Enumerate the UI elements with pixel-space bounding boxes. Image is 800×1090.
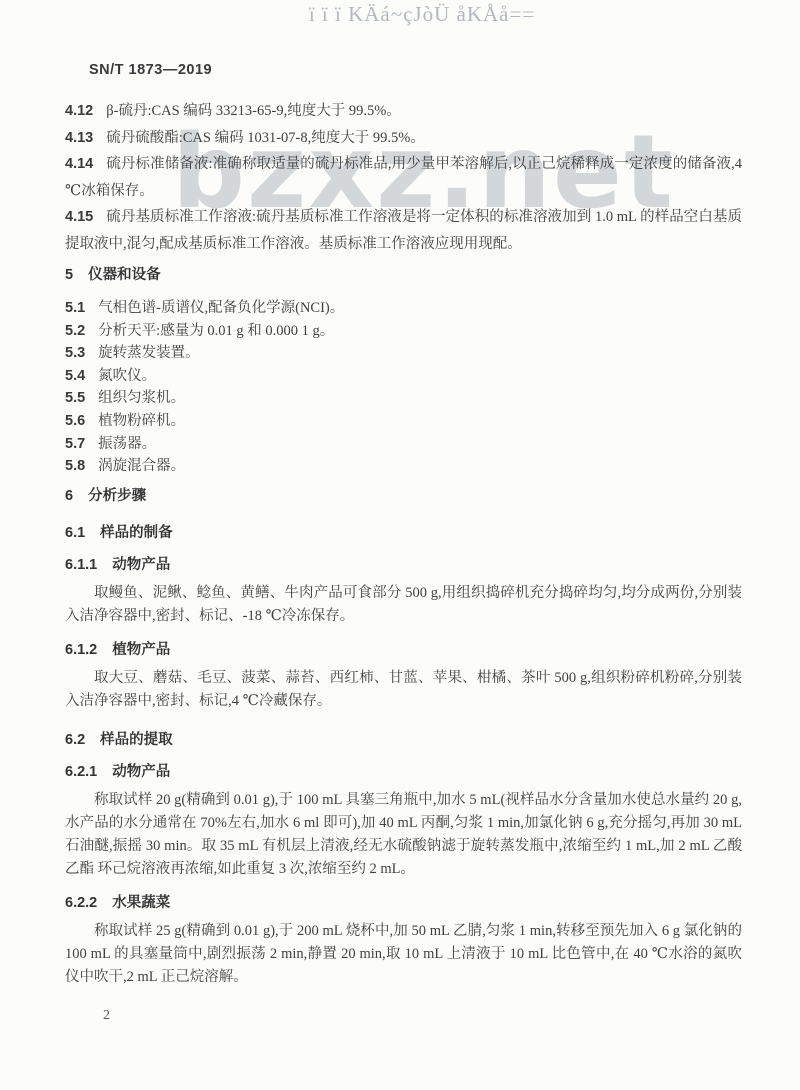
scanned-document-page: ï ï ï KÄá~çJòÜ åKÅå== bzxz.net SN/T 1873… bbox=[0, 0, 800, 1090]
heading-number: 6.2 bbox=[65, 732, 85, 748]
clause-5.2: 5.2分析天平:感量为 0.01 g 和 0.000 1 g。 bbox=[65, 320, 742, 343]
section-heading-6.2.1: 6.2.1动物产品 bbox=[65, 762, 742, 782]
clause-4.14: 4.14硫丹标准储备液:准确称取适量的硫丹标准品,用少量甲苯溶解后,以正己烷稀释… bbox=[65, 151, 742, 204]
section-heading-5: 5仪器和设备 bbox=[65, 265, 742, 285]
heading-title: 样品的提取 bbox=[100, 732, 173, 748]
clause-number: 5.8 bbox=[65, 458, 85, 474]
paragraph: 称取试样 25 g(精确到 0.01 g),于 200 mL 烧杯中,加 50 … bbox=[65, 920, 742, 989]
clause-4.12: 4.12β-硫丹:CAS 编码 33213-65-9,纯度大于 99.5%。 bbox=[65, 98, 742, 125]
paragraph: 取鳗鱼、泥鳅、鲶鱼、黄鳝、牛肉产品可食部分 500 g,用组织捣碎机充分捣碎均匀… bbox=[65, 582, 742, 628]
page-number: 2 bbox=[103, 1008, 110, 1024]
clause-number: 5.4 bbox=[65, 368, 85, 384]
clause-text: 硫丹标准储备液:准确称取适量的硫丹标准品,用少量甲苯溶解后,以正己烷稀释成一定浓… bbox=[65, 156, 742, 199]
clause-text: 氮吹仪。 bbox=[98, 368, 156, 384]
heading-number: 6.1 bbox=[65, 525, 85, 541]
heading-title: 植物产品 bbox=[112, 642, 170, 658]
clause-number: 5.2 bbox=[65, 323, 85, 339]
clause-number: 5.1 bbox=[65, 300, 85, 316]
clause-text: 硫丹基质标准工作溶液:硫丹基质标准工作溶液是将一定体积的标准溶液加到 1.0 m… bbox=[65, 209, 742, 252]
clause-5.5: 5.5组织匀浆机。 bbox=[65, 387, 742, 410]
clause-5.1: 5.1气相色谱-质谱仪,配备负化学源(NCI)。 bbox=[65, 297, 742, 320]
heading-number: 6.2.2 bbox=[65, 895, 97, 911]
section-heading-6.2: 6.2样品的提取 bbox=[65, 730, 742, 750]
clause-text: β-硫丹:CAS 编码 33213-65-9,纯度大于 99.5%。 bbox=[106, 103, 401, 119]
section-heading-6.1: 6.1样品的制备 bbox=[65, 523, 742, 543]
heading-number: 5 bbox=[65, 267, 73, 283]
heading-number: 6.2.1 bbox=[65, 764, 97, 780]
paragraph: 取大豆、蘑菇、毛豆、菠菜、蒜苔、西红柿、甘蓝、苹果、柑橘、茶叶 500 g,组织… bbox=[65, 667, 742, 713]
section-heading-6.1.2: 6.1.2植物产品 bbox=[65, 640, 742, 660]
clause-4.15: 4.15硫丹基质标准工作溶液:硫丹基质标准工作溶液是将一定体积的标准溶液加到 1… bbox=[65, 204, 742, 257]
clause-text: 植物粉碎机。 bbox=[98, 413, 185, 429]
clause-text: 硫丹硫酸酯:CAS 编码 1031-07-8,纯度大于 99.5%。 bbox=[106, 130, 425, 146]
heading-title: 分析步骤 bbox=[88, 488, 146, 504]
heading-number: 6 bbox=[65, 488, 73, 504]
heading-title: 水果蔬菜 bbox=[112, 895, 170, 911]
document-content: SN/T 1873—2019 4.12β-硫丹:CAS 编码 33213-65-… bbox=[0, 0, 800, 989]
clause-number: 4.14 bbox=[65, 156, 93, 172]
clause-number: 5.7 bbox=[65, 436, 85, 452]
clause-5.6: 5.6植物粉碎机。 bbox=[65, 410, 742, 433]
section-heading-6.1.1: 6.1.1动物产品 bbox=[65, 555, 742, 575]
paragraph: 称取试样 20 g(精确到 0.01 g),于 100 mL 具塞三角瓶中,加水… bbox=[65, 789, 742, 881]
heading-number: 6.1.1 bbox=[65, 557, 97, 573]
clause-5.3: 5.3旋转蒸发装置。 bbox=[65, 342, 742, 365]
clause-text: 组织匀浆机。 bbox=[98, 390, 185, 406]
section-heading-6.2.2: 6.2.2水果蔬菜 bbox=[65, 893, 742, 913]
clause-text: 旋转蒸发装置。 bbox=[98, 345, 200, 361]
section-heading-6: 6分析步骤 bbox=[65, 486, 742, 506]
heading-title: 仪器和设备 bbox=[88, 267, 161, 283]
clause-number: 5.6 bbox=[65, 413, 85, 429]
clause-5.7: 5.7振荡器。 bbox=[65, 433, 742, 456]
clause-text: 气相色谱-质谱仪,配备负化学源(NCI)。 bbox=[98, 300, 344, 316]
heading-title: 样品的制备 bbox=[100, 525, 173, 541]
heading-title: 动物产品 bbox=[112, 764, 170, 780]
content-blocks: 4.12β-硫丹:CAS 编码 33213-65-9,纯度大于 99.5%。4.… bbox=[65, 98, 742, 989]
heading-number: 6.1.2 bbox=[65, 642, 97, 658]
clause-text: 振荡器。 bbox=[98, 436, 156, 452]
standard-number-header: SN/T 1873—2019 bbox=[89, 62, 742, 78]
clause-number: 5.5 bbox=[65, 390, 85, 406]
clause-number: 5.3 bbox=[65, 345, 85, 361]
heading-title: 动物产品 bbox=[112, 557, 170, 573]
clause-text: 涡旋混合器。 bbox=[98, 458, 185, 474]
clause-number: 4.15 bbox=[65, 209, 93, 225]
clause-text: 分析天平:感量为 0.01 g 和 0.000 1 g。 bbox=[98, 323, 334, 339]
clause-4.13: 4.13硫丹硫酸酯:CAS 编码 1031-07-8,纯度大于 99.5%。 bbox=[65, 125, 742, 152]
clause-5.4: 5.4氮吹仪。 bbox=[65, 365, 742, 388]
clause-5.8: 5.8涡旋混合器。 bbox=[65, 455, 742, 478]
clause-number: 4.13 bbox=[65, 130, 93, 146]
clause-number: 4.12 bbox=[65, 103, 93, 119]
